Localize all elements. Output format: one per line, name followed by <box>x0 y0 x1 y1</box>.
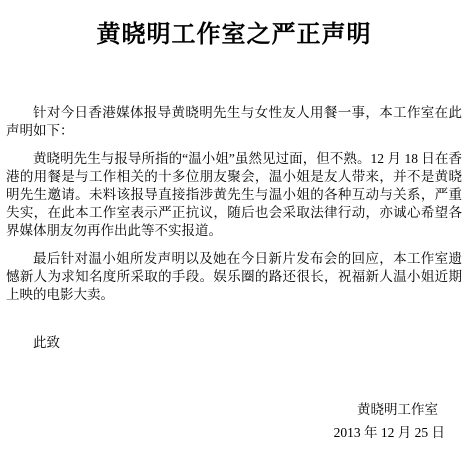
signature-date: 2013 年 12 月 25 日 <box>6 424 445 442</box>
statement-paragraph-final: 最后针对温小姐所发声明以及她在今日新片发布会的回应，本工作室遗憾新人为求知名度所… <box>6 250 462 304</box>
signature-block: 黄晓明工作室 2013 年 12 月 25 日 <box>6 401 462 442</box>
signature-name: 黄晓明工作室 <box>6 401 438 419</box>
statement-paragraph-main: 黄晓明先生与报导所指的“温小姐”虽然见过面，但不熟。12 月 18 日在香港的用… <box>6 150 462 240</box>
closing-line: 此致 <box>6 334 462 352</box>
statement-document: 黄晓明工作室之严正声明 针对今日香港媒体报导黄晓明先生与女性友人用餐一事，本工作… <box>0 0 472 453</box>
statement-title: 黄晓明工作室之严正声明 <box>6 20 462 50</box>
statement-paragraph-intro: 针对今日香港媒体报导黄晓明先生与女性友人用餐一事，本工作室在此声明如下： <box>6 104 462 140</box>
